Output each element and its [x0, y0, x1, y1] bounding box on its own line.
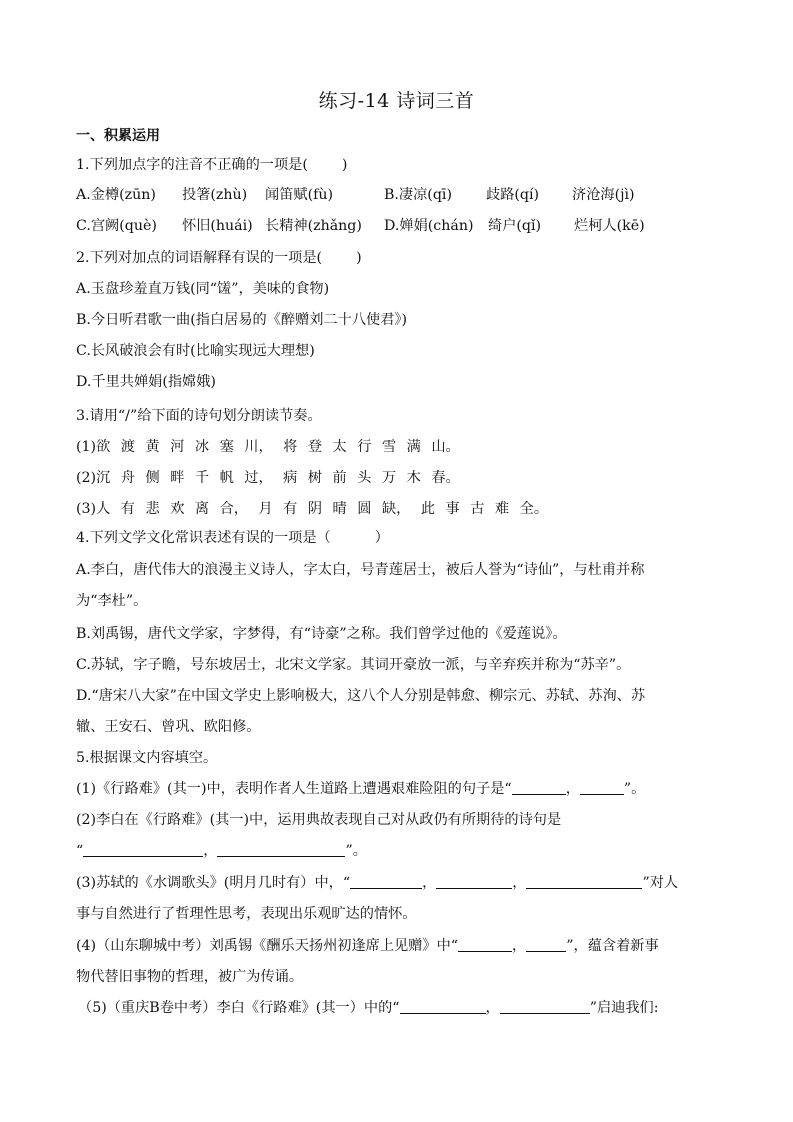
comma: ， [422, 875, 436, 891]
question-4-option-a-line-2: 为“李杜”。 [76, 591, 147, 611]
question-4-stem: 4.下列文学文化常识表述有误的一项是（） [76, 528, 389, 548]
option-a-item-3: 闻笛赋(fù) [265, 185, 333, 205]
fill-blank[interactable] [436, 874, 512, 889]
option-b-item-3: 济沧海(jì) [572, 185, 635, 205]
quote-close: ”。 [345, 843, 366, 859]
option-c-item-1: C.宫阙(què) [76, 216, 157, 236]
section-heading: 一、积累运用 [76, 125, 160, 145]
option-d-item-1: D.婵娟(chán) [384, 216, 474, 236]
question-3-line-3: (3)人 有 悲 欢 离 合， 月 有 阴 晴 圆 缺， 此 事 古 难 全。 [76, 499, 548, 519]
option-c-item-2: 怀旧(huái) [182, 216, 253, 236]
fill-blank[interactable] [350, 874, 422, 889]
comma: ， [512, 875, 526, 891]
fill-blank[interactable] [400, 999, 486, 1014]
question-3-stem: 3.请用“/”给下面的诗句划分朗读节奏。 [76, 406, 322, 426]
prompt-text: (4)（山东聊城中考）刘禹锡《酬乐天扬州初逢席上见赠》中“ [76, 938, 458, 954]
question-5-part-4-line-1: (4)（山东聊城中考）刘禹锡《酬乐天扬州初逢席上见赠》中“，”，蕴含着新事 [76, 936, 659, 956]
paren-close: ） [375, 530, 389, 546]
question-4-option-d-line-2: 辙、王安石、曾巩、欧阳修。 [76, 717, 260, 737]
question-3-line-2: (2)沉 舟 侧 畔 千 帆 过， 病 树 前 头 万 木 春。 [76, 468, 460, 488]
question-text: 4.下列文学文化常识表述有误的一项是（ [76, 530, 331, 546]
prompt-text: (1)《行路难》(其一)中，表明作者人生道路上遭遇艰难险阻的句子是“ [76, 781, 512, 797]
question-text: 2.下列对加点的词语解释有误的一项是( [76, 250, 322, 266]
question-2-option-a: A.玉盘珍羞直万钱(同“馐”，美味的食物) [76, 279, 329, 299]
fill-blank[interactable] [526, 874, 642, 889]
question-5-part-1: (1)《行路难》(其一)中，表明作者人生道路上遭遇艰难险阻的句子是“，”。 [76, 779, 645, 799]
question-2-option-d: D.千里共婵娟(指嫦娥) [76, 372, 216, 392]
option-b-item-2: 歧路(qí) [486, 185, 539, 205]
prompt-text: （5)（重庆B卷中考）李白《行路难》(其一）中的“ [78, 1000, 400, 1016]
fill-blank[interactable] [83, 842, 203, 857]
paren-close: ) [356, 250, 362, 266]
worksheet-page: 练习-14 诗词三首 一、积累运用 1.下列加点字的注音不正确的一项是() A.… [0, 0, 793, 1122]
option-d-item-3: 烂柯人(kē) [574, 216, 645, 236]
fill-blank[interactable] [500, 999, 590, 1014]
question-1-stem: 1.下列加点字的注音不正确的一项是() [76, 155, 347, 175]
fill-blank[interactable] [458, 937, 512, 952]
question-3-line-1: (1)欲 渡 黄 河 冰 塞 川， 将 登 太 行 雪 满 山。 [76, 437, 460, 457]
question-5-part-4-line-2: 物代替旧事物的哲理，被广为传诵。 [76, 967, 303, 987]
question-5-part-2-line-1: (2)李白在《行路难》(其一)中，运用典故表现自己对从政仍有所期待的诗句是 [76, 810, 561, 830]
option-d-item-2: 绮户(qǐ) [488, 216, 541, 236]
prompt-text: (3)苏轼的《水调歌头》(明月几时有）中，“ [76, 875, 350, 891]
comma: ， [512, 938, 526, 954]
comma: ， [486, 1000, 500, 1016]
fill-blank[interactable] [580, 780, 624, 795]
quote-open: “ [76, 843, 83, 859]
page-title: 练习-14 诗词三首 [0, 86, 793, 113]
prompt-text: ”，蕴含着新事 [566, 938, 658, 954]
question-4-option-a-line-1: A.李白，唐代伟大的浪漫主义诗人，字太白，号青莲居士，被后人誉为“诗仙”，与杜甫… [76, 560, 644, 580]
question-4-option-c: C.苏轼，字子瞻，号东坡居士，北宋文学家。其词开豪放一派，与辛弃疾并称为“苏辛”… [76, 655, 630, 675]
question-2-stem: 2.下列对加点的词语解释有误的一项是() [76, 248, 362, 268]
prompt-text: ”对人 [642, 875, 678, 891]
paren-close: ) [342, 157, 348, 173]
question-text: 1.下列加点字的注音不正确的一项是( [76, 157, 308, 173]
question-5-part-3-line-1: (3)苏轼的《水调歌头》(明月几时有）中，“，，”对人 [76, 873, 678, 893]
question-5-part-3-line-2: 事与自然进行了哲理性思考，表现出乐观旷达的情怀。 [76, 904, 417, 924]
option-a-item-1: A.金樽(zūn) [76, 185, 156, 205]
question-5-stem: 5.根据课文内容填空。 [76, 748, 217, 768]
option-b-item-1: B.凄凉(qī) [384, 185, 452, 205]
question-2-option-b: B.今日听君歌一曲(指白居易的《醉赠刘二十八使君》) [76, 310, 407, 330]
question-5-part-5-line-1: （5)（重庆B卷中考）李白《行路难》(其一）中的“，”启迪我们: [78, 998, 659, 1018]
question-4-option-b: B.刘禹锡，唐代文学家，字梦得，有“诗豪”之称。我们曾学过他的《爱莲说》。 [76, 624, 567, 644]
question-5-part-2-line-2: “，”。 [76, 841, 367, 861]
prompt-text: ”启迪我们: [590, 1000, 659, 1016]
prompt-text: ”。 [624, 781, 645, 797]
comma: ， [203, 843, 217, 859]
comma: ， [566, 781, 580, 797]
question-2-option-c: C.长风破浪会有时(比喻实现远大理想) [76, 341, 315, 361]
fill-blank[interactable] [217, 842, 345, 857]
option-a-item-2: 投箸(zhù) [182, 185, 247, 205]
question-4-option-d-line-1: D.“唐宋八大家”在中国文学史上影响极大，这八个人分别是韩愈、柳宗元、苏轼、苏洵… [76, 686, 645, 706]
fill-blank[interactable] [526, 937, 566, 952]
option-c-item-3: 长精神(zhǎng) [265, 216, 362, 236]
fill-blank[interactable] [512, 780, 566, 795]
